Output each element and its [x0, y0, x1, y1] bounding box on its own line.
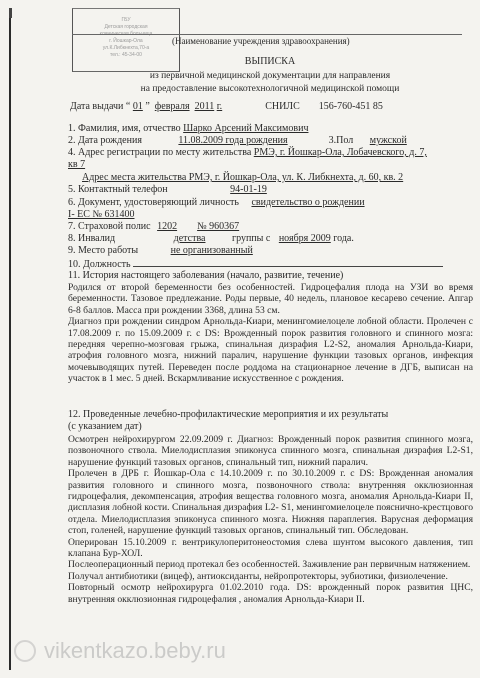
field-value-sex: мужской: [356, 135, 421, 146]
section-11-body: Родился от второй беременности без особе…: [68, 282, 473, 385]
document-subtitle-1: из первичной медицинской документации дл…: [0, 71, 480, 81]
stamp-line: Детская городская: [73, 24, 179, 31]
section-12-paragraph: Повторный осмотр нейрохирурга 01.02.2010…: [68, 582, 473, 605]
left-border-tick: [9, 8, 12, 18]
field-value: 11.08.2009 года рождения: [144, 135, 305, 146]
document-title: ВЫПИСКА: [0, 56, 480, 67]
field-value: не организованный: [141, 245, 413, 256]
issue-year: 2011: [195, 101, 215, 112]
section-11-paragraph: Диагноз при рождении синдром Арнольда-Ки…: [68, 316, 473, 384]
watermark-logo-icon: [14, 640, 36, 662]
field-value-number: № 960367: [197, 221, 439, 232]
field-workplace: 9. Место работы не организованный: [68, 245, 413, 257]
left-border-line: [9, 12, 11, 670]
section-12-paragraph: Оперирован 15.10.2009 г. вентрикулоперит…: [68, 537, 473, 560]
field-id-document-cont: I- ЕС № 631400: [68, 209, 214, 221]
watermark-text: vikentkazo.beby.ru: [44, 638, 226, 664]
field-residence-address: Адрес места жительства РМЭ, г. Йошкар-Ол…: [68, 172, 403, 184]
field-registration-address: 4. Адрес регистрации по месту жительства…: [68, 147, 427, 159]
institution-caption: (Наименование учреждения здравоохранения…: [172, 36, 350, 46]
field-label-sex: 3.Пол: [329, 135, 354, 146]
field-label: 8. Инвалид: [68, 233, 115, 244]
issue-year-suffix: г.: [217, 101, 222, 112]
field-value-series: 1202: [153, 221, 197, 232]
issue-day: 01: [133, 101, 143, 112]
field-label: 4. Адрес регистрации по месту жительства: [68, 147, 251, 158]
document-subtitle-2: на предоставление высокотехнологичной ме…: [0, 84, 480, 94]
section-12-paragraph: Получал антибиотики (вицеф), антиоксидан…: [68, 571, 473, 582]
institution-name-line: [72, 34, 462, 35]
field-registration-address-cont: кв 7: [68, 159, 85, 171]
section-11-paragraph: Родился от второй беременности без особе…: [68, 282, 473, 316]
field-label: 5. Контактный телефон: [68, 184, 168, 195]
section-12-body: Осмотрен нейрохирургом 22.09.2009 г. Диа…: [68, 434, 473, 605]
field-id-document: 6. Документ, удостоверяющий личность сви…: [68, 197, 474, 209]
field-label: 9. Место работы: [68, 245, 138, 256]
field-phone: 5. Контактный телефон 94-01-19: [68, 184, 477, 196]
field-value: свидетельство о рождении: [241, 197, 364, 208]
section-12-paragraph: Осмотрен нейрохирургом 22.09.2009 г. Диа…: [68, 434, 473, 468]
field-value: РМЭ, г. Йошкар-Ола, Лобачевского, д. 7,: [254, 147, 427, 158]
issue-month: февраля: [155, 101, 190, 112]
issue-date-label: Дата выдачи: [70, 101, 123, 112]
field-label: 1. Фамилия, имя, отчество: [68, 123, 181, 134]
field-label: 2. Дата рождения: [68, 135, 142, 146]
field-value: кв 7: [68, 159, 85, 170]
stamp-line: ул.К.Либкнехта,70-а: [73, 45, 179, 52]
document-page: ГБУ Детская городская клиническая больни…: [0, 0, 480, 678]
quote-close: ”: [145, 101, 149, 112]
section-12-heading-1: 12. Проведенные лечебно-профилактические…: [68, 409, 388, 421]
field-birth-date: 2. Дата рождения 11.08.2009 года рождени…: [68, 135, 421, 147]
field-label-group: группы с: [232, 233, 270, 244]
quote-open: “: [126, 101, 130, 112]
stamp-line: ГБУ: [73, 17, 179, 24]
field-insurance-policy: 7. Страховой полис 1202№ 960367: [68, 221, 439, 233]
field-value: детства: [118, 233, 230, 244]
field-value: Адрес места жительства РМЭ, г. Йошкар-Ол…: [68, 172, 403, 183]
section-11-heading: 11. История настоящего заболевания (нача…: [68, 270, 343, 282]
issue-date-line: Дата выдачи “ 01 ” февраля 2011 г. СНИЛС…: [70, 101, 383, 112]
section-12-paragraph: Пролечен в ДРБ г. Йошкар-Ола с 14.10.200…: [68, 468, 473, 536]
field-value: [133, 257, 443, 267]
field-label: 10. Должность: [68, 259, 131, 270]
snils-label: СНИЛС: [265, 101, 300, 112]
field-label-suffix: года.: [333, 233, 354, 244]
field-value: 94-01-19: [170, 184, 477, 195]
field-value: Шарко Арсений Максимович: [183, 123, 308, 134]
section-12-heading-2: (с указанием дат): [68, 421, 142, 433]
field-full-name: 1. Фамилия, имя, отчество Шарко Арсений …: [68, 123, 308, 135]
field-value: I- ЕС № 631400: [68, 209, 214, 220]
field-value-since: ноября 2009: [273, 233, 331, 244]
field-position: 10. Должность: [68, 257, 443, 271]
field-disability: 8. Инвалид детства группы с ноября 2009 …: [68, 233, 354, 245]
section-12-paragraph: Послеоперационный период протекал без ос…: [68, 559, 473, 570]
stamp-line: г. Йошкар-Ола: [73, 38, 179, 45]
field-label: 7. Страховой полис: [68, 221, 151, 232]
snils-value: 156-760-451 85: [319, 101, 383, 112]
field-label: 6. Документ, удостоверяющий личность: [68, 197, 239, 208]
